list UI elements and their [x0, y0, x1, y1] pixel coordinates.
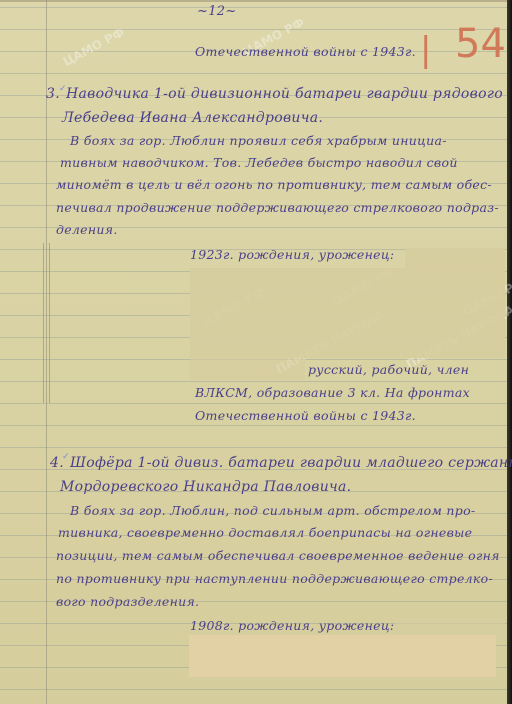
archive-number: 54	[455, 24, 506, 64]
entry-title: Шофёра 1-ой дивиз. батареи гвардии младш…	[70, 455, 512, 471]
page-number: ~12~	[197, 4, 237, 19]
check-mark-icon: ✓	[62, 452, 70, 462]
entry-text: деления.	[56, 222, 118, 237]
redacted-area	[189, 635, 496, 677]
nationality-line: русский, рабочий, член	[308, 362, 469, 377]
service-line: Отечественной войны с 1943г.	[195, 408, 416, 423]
entry-title: Наводчика 1-ой дивизионной батареи гвард…	[66, 86, 503, 102]
margin-line	[46, 0, 47, 704]
entry-text: вого подразделения.	[56, 594, 199, 609]
redacted-area	[190, 358, 305, 380]
entry-name: Мордоревского Никандра Павловича.	[60, 479, 351, 495]
margin-double-line	[49, 243, 50, 403]
entry-name: Лебедева Ивана Александровича.	[62, 110, 323, 126]
birth-line: 1923г. рождения, уроженец:	[190, 247, 394, 262]
margin-double-line	[43, 243, 44, 403]
birth-line: 1908г. рождения, уроженец:	[190, 618, 394, 633]
entry-text: В боях за гор. Люблин, под сильным арт. …	[70, 503, 475, 518]
entry-text: миномёт в цель и вёл огонь по противнику…	[56, 177, 492, 192]
entry-text: печивал продвижение поддерживающего стре…	[56, 200, 499, 215]
entry-text: В боях за гор. Люблин проявил себя храбр…	[70, 133, 447, 148]
redacted-area	[190, 268, 505, 358]
watermark: ЦАМО РФ	[61, 25, 127, 69]
entry-text: по противнику при наступлении поддержива…	[56, 571, 493, 586]
entry-text: позиции, тем самым обеспечивал своевреме…	[56, 548, 500, 563]
party-line: ВЛКСМ, образование 3 кл. На фронтах	[195, 385, 470, 400]
page-top-edge	[0, 0, 512, 2]
scan-edge	[507, 0, 512, 704]
red-pencil-bar: |	[420, 30, 431, 70]
entry-text: тивника, своевременно доставлял боеприпа…	[58, 525, 472, 540]
entry-text: тивным наводчиком. Тов. Лебедев быстро н…	[60, 155, 458, 170]
header-line: Отечественной войны с 1943г.	[195, 44, 416, 59]
document-page: ЦАМО РФ ЦАМО РФ ЦАМО РФ ПАМЯТЬ НАРОДА ПА…	[0, 0, 512, 704]
entry-number: 3.	[46, 86, 60, 102]
